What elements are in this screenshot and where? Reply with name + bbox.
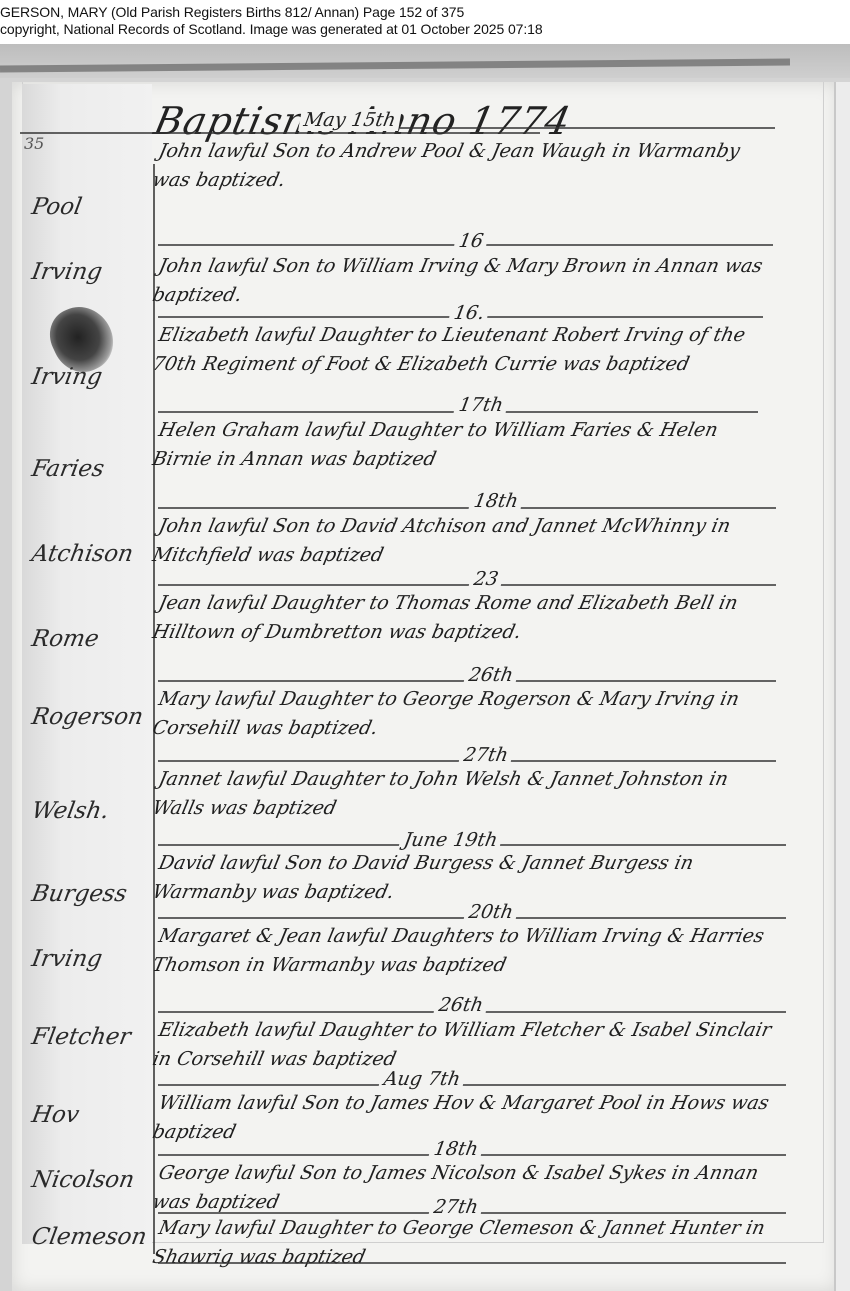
- entry-divider: [158, 1084, 786, 1086]
- entry-text: Elizabeth lawful Daughter to William Fle…: [150, 1016, 782, 1074]
- entry-divider: [158, 507, 776, 509]
- entry-text: John lawful Son to Andrew Pool & Jean Wa…: [150, 137, 782, 195]
- page-right-edge: [834, 82, 850, 1291]
- entry-surname: Burgess: [30, 881, 155, 907]
- entry-divider: [158, 1262, 786, 1264]
- entry-date: 18th: [428, 1138, 484, 1160]
- entry-surname: Atchison: [30, 541, 155, 567]
- entry-surname: Clemeson: [30, 1224, 155, 1250]
- entry-surname: Faries: [30, 456, 155, 482]
- entry-surname: Rogerson: [30, 704, 155, 730]
- entry-date: 18th: [468, 490, 524, 512]
- entry-date: 23: [468, 568, 504, 590]
- entry-date: 20th: [463, 901, 519, 923]
- entry-divider: [20, 132, 540, 134]
- entry-date: Aug 7th: [378, 1068, 466, 1090]
- record-header: GERSON, MARY (Old Parish Registers Birth…: [0, 0, 850, 44]
- entry-surname: Pool: [30, 194, 155, 220]
- entry-text: Elizabeth lawful Daughter to Lieutenant …: [150, 321, 782, 379]
- entry-text: Jannet lawful Daughter to John Welsh & J…: [150, 765, 782, 823]
- entry-divider: [158, 584, 776, 586]
- entry-text: Mary lawful Daughter to George Rogerson …: [150, 685, 782, 743]
- entry-surname: Irving: [30, 259, 155, 285]
- entry-text: Jean lawful Daughter to Thomas Rome and …: [150, 589, 782, 647]
- entry-surname: Hov: [30, 1102, 155, 1128]
- entry-text: Helen Graham lawful Daughter to William …: [150, 416, 782, 474]
- corner-folio-mark: 35: [24, 134, 44, 153]
- entry-surname: Nicolson: [30, 1167, 155, 1193]
- entry-date: 26th: [463, 664, 519, 686]
- entry-text: David lawful Son to David Burgess & Jann…: [150, 849, 782, 907]
- entry-surname: Rome: [30, 626, 155, 652]
- entry-surname: Welsh.: [30, 798, 155, 824]
- entry-surname: Irving: [30, 946, 155, 972]
- entry-date: May 15th: [298, 109, 401, 131]
- entry-divider: [400, 127, 775, 129]
- entry-text: John lawful Son to David Atchison and Ja…: [150, 512, 782, 570]
- entry-text: Margaret & Jean lawful Daughters to Will…: [150, 922, 782, 980]
- surname-margin-column: [22, 84, 152, 1244]
- entry-date: June 19th: [398, 829, 503, 851]
- record-title: GERSON, MARY (Old Parish Registers Birth…: [0, 4, 464, 20]
- entry-surname: Irving: [30, 364, 155, 390]
- entry-date: 16: [453, 230, 489, 252]
- entry-surname: Fletcher: [30, 1024, 155, 1050]
- register-scan-image: 35 Baptisms Anno 1774 May 15th Pool John…: [0, 44, 850, 1291]
- entry-date: 26th: [433, 994, 489, 1016]
- entry-date: 17th: [453, 394, 509, 416]
- copyright-notice: copyright, National Records of Scotland.…: [0, 21, 543, 37]
- entry-date: 27th: [458, 744, 514, 766]
